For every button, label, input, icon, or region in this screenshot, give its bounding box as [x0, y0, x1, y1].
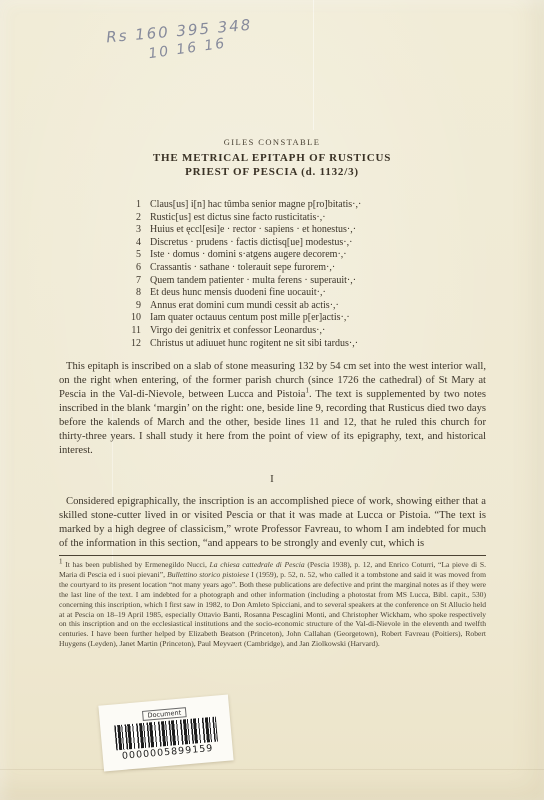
- verse-number: 5: [128, 249, 141, 262]
- verse-text: Virgo dei genitrix et confessor Leonardu…: [150, 325, 325, 338]
- verse-text: Discretus · prudens · factis dictisq[ue]…: [150, 237, 352, 250]
- verse-number: 12: [128, 338, 141, 351]
- author-name: GILES CONSTABLE: [0, 137, 544, 147]
- verse-text: Iam quater octauus centum post mille p[e…: [150, 312, 350, 325]
- paragraph-epitaph-description: This epitaph is inscribed on a slab of s…: [59, 360, 486, 458]
- verse-number: 3: [128, 224, 141, 237]
- verse-line: 5Iste · domus · domini s·atgens augere d…: [128, 249, 361, 262]
- article-title-line2: PRIEST OF PESCIA (d. 1132/3): [0, 166, 544, 180]
- verse-number: 11: [128, 325, 141, 338]
- paper-crease: [313, 0, 314, 130]
- verse-text: Annus erat domini cum mundi cessit ab ac…: [150, 300, 339, 313]
- scanned-article-page: Rs 160 395 348 10 16 16 GILES CONSTABLE …: [0, 0, 544, 800]
- epitaph-verse-list: 1Claus[us] i[n] hac tûmba senior magne p…: [128, 199, 361, 350]
- verse-number: 9: [128, 300, 141, 313]
- paper-crease: [0, 769, 544, 770]
- verse-line: 7Quem tandem patienter · multa ferens · …: [128, 275, 361, 288]
- footnote-text: It has been published by Ermenegildo Nuc…: [63, 560, 210, 569]
- verse-text: Crassantis · sathane · tolerauit sepe fu…: [150, 262, 335, 275]
- verse-number: 10: [128, 312, 141, 325]
- verse-text: Iste · domus · domini s·atgens augere de…: [150, 249, 347, 262]
- verse-text: Quem tandem patienter · multa ferens · s…: [150, 275, 356, 288]
- verse-line: 3Huius et ęccl[esi]e · rector · sapiens …: [128, 224, 361, 237]
- library-barcode-sticker: Document 0000005899159: [98, 694, 233, 771]
- verse-text: Christus ut adiuuet hunc rogitent ne sit…: [150, 338, 358, 351]
- footnote-text: I (1959), p. 52, n. 52, who called it a …: [59, 570, 486, 648]
- article-title: THE METRICAL EPITAPH OF RUSTICUS PRIEST …: [0, 152, 544, 179]
- verse-text: Claus[us] i[n] hac tûmba senior magne p[…: [150, 199, 361, 212]
- pencil-call-number: Rs 160 395 348 10 16 16: [106, 22, 252, 55]
- verse-number: 1: [128, 199, 141, 212]
- verse-line: 2Rustic[us] est dictus sine facto rustic…: [128, 212, 361, 225]
- verse-text: Et deus hunc mensis duodeni fine uocauit…: [150, 287, 326, 300]
- verse-line: 1Claus[us] i[n] hac tûmba senior magne p…: [128, 199, 361, 212]
- section-heading-one: I: [0, 473, 544, 485]
- verse-line: 12Christus ut adiuuet hunc rogitent ne s…: [128, 338, 361, 351]
- footnote-journal-title: Bullettino storico pistoiese: [167, 570, 249, 579]
- verse-text: Rustic[us] est dictus sine facto rustici…: [150, 212, 326, 225]
- paragraph-epigraphy: Considered epigraphically, the inscripti…: [59, 495, 486, 551]
- verse-line: 10Iam quater octauus centum post mille p…: [128, 312, 361, 325]
- verse-number: 2: [128, 212, 141, 225]
- verse-number: 6: [128, 262, 141, 275]
- article-title-line1: THE METRICAL EPITAPH OF RUSTICUS: [0, 152, 544, 166]
- verse-line: 8Et deus hunc mensis duodeni fine uocaui…: [128, 287, 361, 300]
- verse-number: 4: [128, 237, 141, 250]
- footnote-book-title: La chiesa cattedrale di Pescia: [210, 560, 305, 569]
- verse-number: 8: [128, 287, 141, 300]
- footnote-block: 1 It has been published by Ermenegildo N…: [59, 555, 486, 649]
- verse-line: 11Virgo dei genitrix et confessor Leonar…: [128, 325, 361, 338]
- verse-number: 7: [128, 275, 141, 288]
- verse-text: Huius et ęccl[esi]e · rector · sapiens ·…: [150, 224, 356, 237]
- verse-line: 6Crassantis · sathane · tolerauit sepe f…: [128, 262, 361, 275]
- verse-line: 9Annus erat domini cum mundi cessit ab a…: [128, 300, 361, 313]
- verse-line: 4Discretus · prudens · factis dictisq[ue…: [128, 237, 361, 250]
